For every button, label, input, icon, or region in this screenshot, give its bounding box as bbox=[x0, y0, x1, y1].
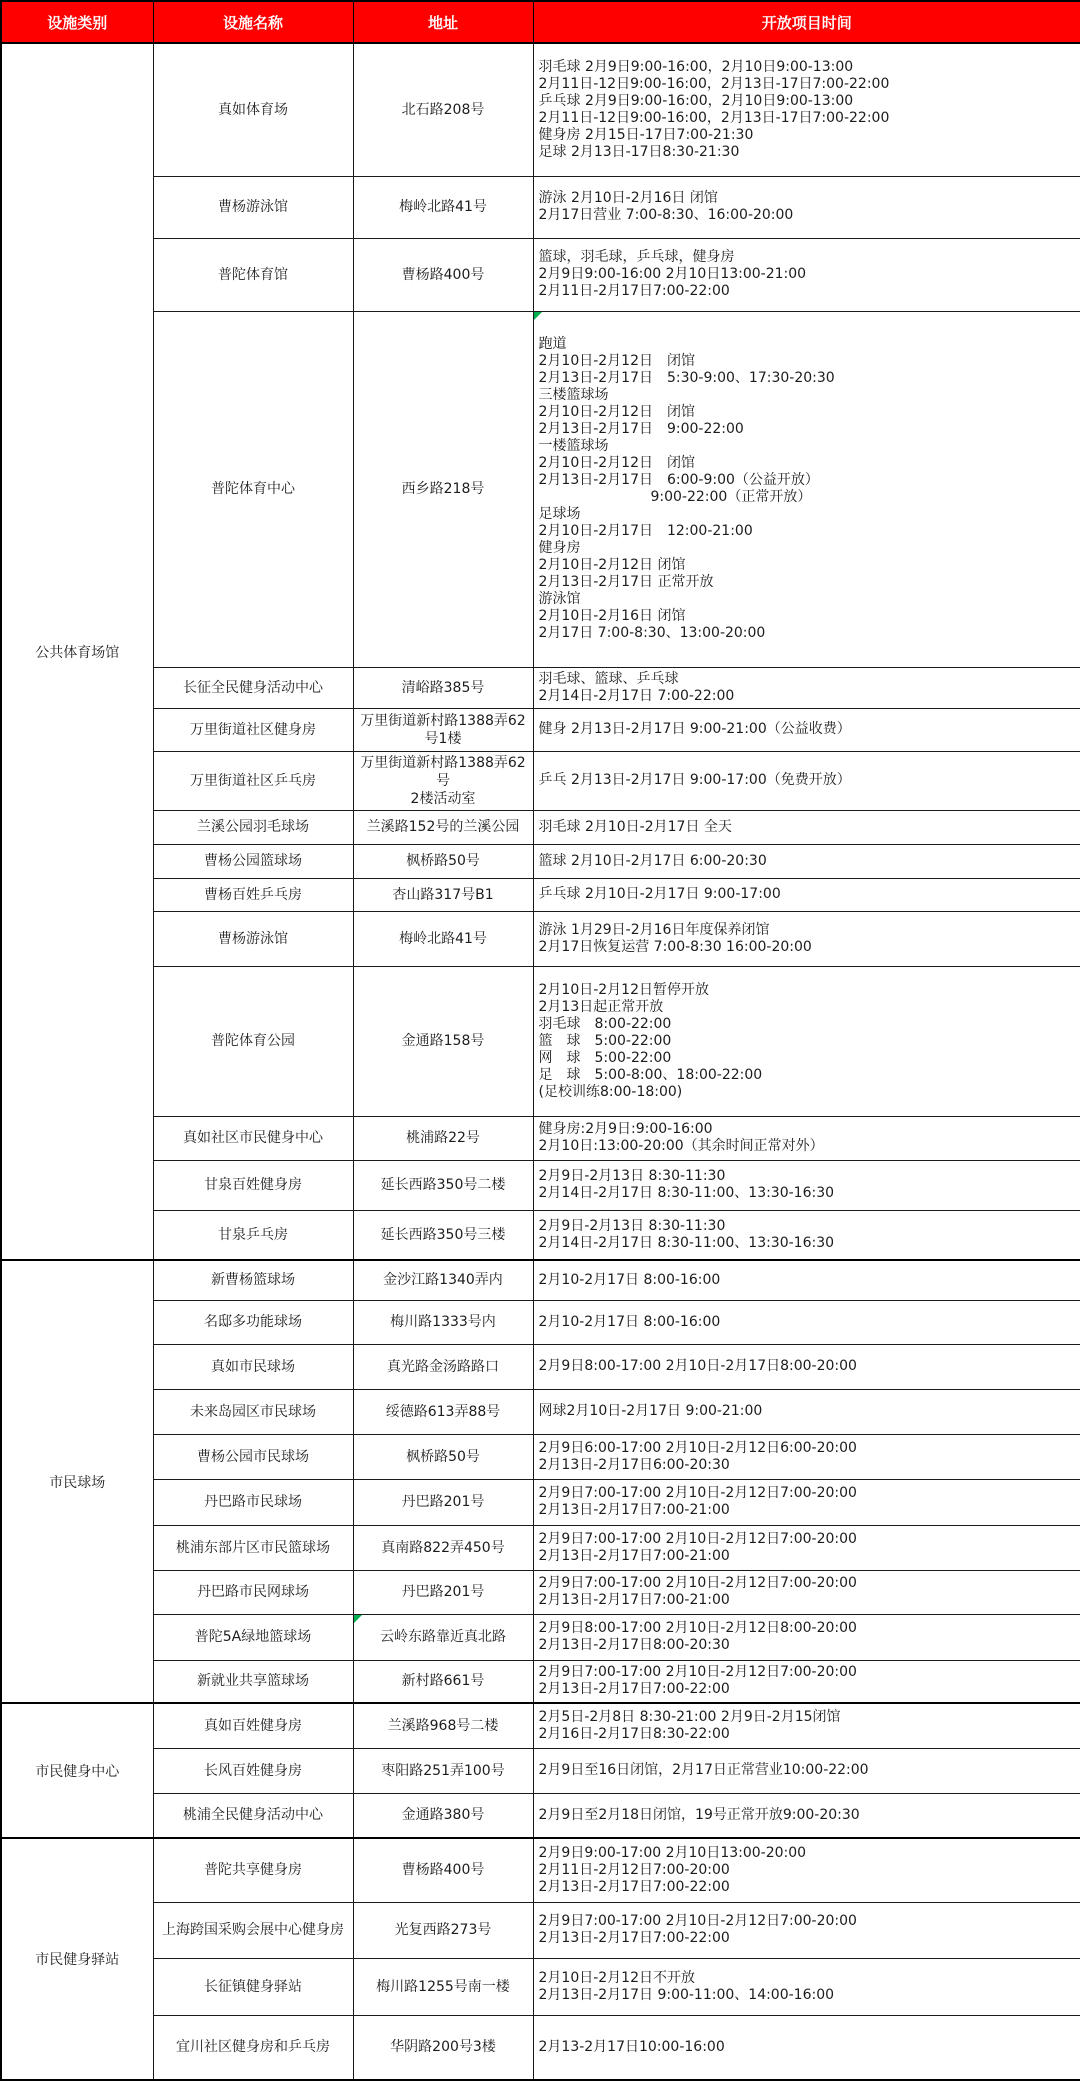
facility-name-cell-text: 长征镇健身驿站 bbox=[157, 1978, 350, 1996]
address-cell-text: 桃浦路22号 bbox=[357, 1129, 530, 1147]
table-row: 甘泉乒乓房延长西路350号三楼2月9日-2月13日 8:30-11:30 2月1… bbox=[1, 1210, 1080, 1260]
address-cell: 金通路380号 bbox=[353, 1793, 533, 1838]
schedule-cell-text: 2月9日-2月13日 8:30-11:30 2月14日-2月17日 8:30-1… bbox=[537, 1167, 1078, 1203]
facility-name-cell: 普陀体育馆 bbox=[153, 238, 353, 311]
schedule-cell-text: 2月9日-2月13日 8:30-11:30 2月14日-2月17日 8:30-1… bbox=[537, 1217, 1078, 1253]
table-row: 普陀5A绿地篮球场云岭东路靠近真北路2月9日8:00-17:00 2月10日-2… bbox=[1, 1614, 1080, 1660]
schedule-cell-text: 2月9日8:00-17:00 2月10日-2月17日8:00-20:00 bbox=[537, 1357, 1078, 1376]
address-cell-text: 梅川路1255号南一楼 bbox=[357, 1978, 530, 1996]
schedule-cell-text: 健身 2月13日-2月17日 9:00-21:00（公益收费） bbox=[537, 720, 1078, 739]
facilities-table-body: 公共体育场馆真如体育场北石路208号羽毛球 2月9日9:00-16:00，2月1… bbox=[1, 43, 1080, 2080]
table-row: 曹杨公园篮球场枫桥路50号篮球 2月10日-2月17日 6:00-20:30 bbox=[1, 844, 1080, 878]
table-row: 曹杨游泳馆梅岭北路41号游泳 2月10日-2月16日 闭馆 2月17日营业 7:… bbox=[1, 176, 1080, 238]
facility-name-cell-text: 曹杨百姓乒乓房 bbox=[157, 886, 350, 904]
table-row: 桃浦东部片区市民篮球场真南路822弄450号2月9日7:00-17:00 2月1… bbox=[1, 1525, 1080, 1570]
facility-name-cell: 丹巴路市民网球场 bbox=[153, 1570, 353, 1614]
address-cell-text: 金通路380号 bbox=[357, 1806, 530, 1824]
schedule-cell-text: 羽毛球、篮球、乒乓球 2月14日-2月17日 7:00-22:00 bbox=[537, 670, 1078, 706]
facility-name-cell: 长征镇健身驿站 bbox=[153, 1958, 353, 2015]
address-cell-text: 延长西路350号三楼 bbox=[357, 1226, 530, 1244]
header-row: 设施类别 设施名称 地址 开放项目时间 bbox=[1, 1, 1080, 43]
facility-name-cell-text: 真如市民球场 bbox=[157, 1358, 350, 1376]
facility-name-cell: 真如市民球场 bbox=[153, 1344, 353, 1389]
table-row: 真如市民球场真光路金汤路路口2月9日8:00-17:00 2月10日-2月17日… bbox=[1, 1344, 1080, 1389]
facility-name-cell-text: 宜川社区健身房和乒乓房 bbox=[157, 2038, 350, 2056]
address-cell: 北石路208号 bbox=[353, 43, 533, 176]
comment-marker-icon bbox=[354, 1615, 362, 1623]
schedule-cell: 2月10日-2月12日不开放 2月13日-2月17日 9:00-11:00、14… bbox=[533, 1958, 1080, 2015]
address-cell-text: 真光路金汤路路口 bbox=[357, 1358, 530, 1376]
schedule-cell: 乒乓 2月13日-2月17日 9:00-17:00（免费开放） bbox=[533, 751, 1080, 810]
address-cell: 兰溪路152号的兰溪公园 bbox=[353, 810, 533, 844]
schedule-cell: 2月9日-2月13日 8:30-11:30 2月14日-2月17日 8:30-1… bbox=[533, 1160, 1080, 1210]
facility-name-cell-text: 普陀体育馆 bbox=[157, 266, 350, 284]
col-header-schedule: 开放项目时间 bbox=[533, 1, 1080, 43]
facility-name-cell: 兰溪公园羽毛球场 bbox=[153, 810, 353, 844]
facility-name-cell-text: 新就业共享篮球场 bbox=[157, 1672, 350, 1690]
table-row: 市民健身中心真如百姓健身房兰溪路968号二楼2月5日-2月8日 8:30-21:… bbox=[1, 1703, 1080, 1748]
address-cell-text: 丹巴路201号 bbox=[357, 1583, 530, 1601]
table-row: 真如社区市民健身中心桃浦路22号健身房:2月9日:9:00-16:00 2月10… bbox=[1, 1116, 1080, 1160]
address-cell: 万里街道新村路1388弄62号 2楼活动室 bbox=[353, 751, 533, 810]
schedule-cell-text: 2月9日7:00-17:00 2月10日-2月12日7:00-20:00 2月1… bbox=[537, 1912, 1078, 1948]
address-cell: 曹杨路400号 bbox=[353, 238, 533, 311]
schedule-cell: 2月9日至2月18日闭馆，19号正常开放9:00-20:30 bbox=[533, 1793, 1080, 1838]
schedule-cell-text: 2月13-2月17日10:00-16:00 bbox=[537, 2038, 1078, 2057]
schedule-cell: 乒乓球 2月10日-2月17日 9:00-17:00 bbox=[533, 878, 1080, 911]
address-cell-text: 延长西路350号二楼 bbox=[357, 1176, 530, 1194]
schedule-cell-text: 2月9日8:00-17:00 2月10日-2月12日8:00-20:00 2月1… bbox=[537, 1619, 1078, 1655]
facility-name-cell: 曹杨百姓乒乓房 bbox=[153, 878, 353, 911]
facility-name-cell: 真如社区市民健身中心 bbox=[153, 1116, 353, 1160]
address-cell-text: 万里街道新村路1388弄62号1楼 bbox=[357, 712, 530, 748]
table-row: 市民健身驿站普陀共享健身房曹杨路400号2月9日9:00-17:00 2月10日… bbox=[1, 1838, 1080, 1902]
table-row: 兰溪公园羽毛球场兰溪路152号的兰溪公园羽毛球 2月10日-2月17日 全天 bbox=[1, 810, 1080, 844]
address-cell: 金沙江路1340弄内 bbox=[353, 1260, 533, 1300]
address-cell-text: 兰溪路152号的兰溪公园 bbox=[357, 818, 530, 836]
address-cell: 桃浦路22号 bbox=[353, 1116, 533, 1160]
facility-name-cell: 长征全民健身活动中心 bbox=[153, 667, 353, 708]
facility-name-cell-text: 曹杨游泳馆 bbox=[157, 198, 350, 216]
facility-name-cell: 宜川社区健身房和乒乓房 bbox=[153, 2015, 353, 2080]
table-row: 普陀体育中心西乡路218号跑道 2月10日-2月12日 闭馆 2月13日-2月1… bbox=[1, 311, 1080, 667]
col-header-category: 设施类别 bbox=[1, 1, 153, 43]
address-cell-text: 西乡路218号 bbox=[357, 480, 530, 498]
address-cell-text: 北石路208号 bbox=[357, 101, 530, 119]
table-row: 名邸多功能球场梅川路1333号内2月10-2月17日 8:00-16:00 bbox=[1, 1300, 1080, 1344]
schedule-cell: 2月9日7:00-17:00 2月10日-2月12日7:00-20:00 2月1… bbox=[533, 1525, 1080, 1570]
facility-name-cell-text: 长风百姓健身房 bbox=[157, 1762, 350, 1780]
address-cell: 延长西路350号二楼 bbox=[353, 1160, 533, 1210]
schedule-cell: 2月13-2月17日10:00-16:00 bbox=[533, 2015, 1080, 2080]
address-cell: 金通路158号 bbox=[353, 966, 533, 1116]
facility-name-cell-text: 真如体育场 bbox=[157, 101, 350, 119]
facility-name-cell-text: 普陀体育公园 bbox=[157, 1032, 350, 1050]
table-row: 普陀体育馆曹杨路400号篮球，羽毛球，乒乓球，健身房 2月9日9:00-16:0… bbox=[1, 238, 1080, 311]
schedule-cell-text: 2月9日7:00-17:00 2月10日-2月12日7:00-20:00 2月1… bbox=[537, 1574, 1078, 1610]
schedule-cell-text: 2月10日-2月12日暂停开放 2月13日起正常开放 羽毛球 8:00-22:0… bbox=[537, 981, 1078, 1102]
address-cell-text: 金通路158号 bbox=[357, 1032, 530, 1050]
address-cell-text: 枫桥路50号 bbox=[357, 1448, 530, 1466]
facility-name-cell-text: 桃浦全民健身活动中心 bbox=[157, 1806, 350, 1824]
schedule-cell: 羽毛球 2月9日9:00-16:00，2月10日9:00-13:00 2月11日… bbox=[533, 43, 1080, 176]
facility-name-cell: 万里街道社区乒乓房 bbox=[153, 751, 353, 810]
table-row: 普陀体育公园金通路158号2月10日-2月12日暂停开放 2月13日起正常开放 … bbox=[1, 966, 1080, 1116]
address-cell-text: 云岭东路靠近真北路 bbox=[357, 1628, 530, 1646]
address-cell: 云岭东路靠近真北路 bbox=[353, 1614, 533, 1660]
table-row: 曹杨公园市民球场枫桥路50号2月9日6:00-17:00 2月10日-2月12日… bbox=[1, 1434, 1080, 1479]
table-row: 新就业共享篮球场新村路661号2月9日7:00-17:00 2月10日-2月12… bbox=[1, 1660, 1080, 1703]
category-cell: 公共体育场馆 bbox=[1, 43, 153, 1260]
schedule-cell: 2月9日7:00-17:00 2月10日-2月12日7:00-20:00 2月1… bbox=[533, 1660, 1080, 1703]
facility-name-cell-text: 甘泉百姓健身房 bbox=[157, 1176, 350, 1194]
address-cell: 枣阳路251弄100号 bbox=[353, 1748, 533, 1793]
facility-name-cell: 曹杨公园篮球场 bbox=[153, 844, 353, 878]
facility-name-cell-text: 曹杨游泳馆 bbox=[157, 930, 350, 948]
facility-name-cell-text: 兰溪公园羽毛球场 bbox=[157, 818, 350, 836]
schedule-cell-text: 健身房:2月9日:9:00-16:00 2月10日:13:00-20:00（其余… bbox=[537, 1120, 1078, 1156]
schedule-cell: 2月9日7:00-17:00 2月10日-2月12日7:00-20:00 2月1… bbox=[533, 1570, 1080, 1614]
facility-name-cell: 曹杨游泳馆 bbox=[153, 176, 353, 238]
facility-name-cell: 新就业共享篮球场 bbox=[153, 1660, 353, 1703]
facility-name-cell: 桃浦东部片区市民篮球场 bbox=[153, 1525, 353, 1570]
schedule-cell: 网球2月10日-2月17日 9:00-21:00 bbox=[533, 1389, 1080, 1434]
facility-name-cell-text: 未来岛园区市民球场 bbox=[157, 1403, 350, 1421]
facility-name-cell: 上海跨国采购会展中心健身房 bbox=[153, 1902, 353, 1958]
address-cell: 延长西路350号三楼 bbox=[353, 1210, 533, 1260]
schedule-cell-text: 羽毛球 2月9日9:00-16:00，2月10日9:00-13:00 2月11日… bbox=[537, 58, 1078, 162]
address-cell: 光复西路273号 bbox=[353, 1902, 533, 1958]
schedule-cell: 2月9日-2月13日 8:30-11:30 2月14日-2月17日 8:30-1… bbox=[533, 1210, 1080, 1260]
address-cell-text: 梅岭北路41号 bbox=[357, 198, 530, 216]
schedule-cell-text: 网球2月10日-2月17日 9:00-21:00 bbox=[537, 1402, 1078, 1421]
schedule-cell-text: 2月5日-2月8日 8:30-21:00 2月9日-2月15闭馆 2月16日-2… bbox=[537, 1708, 1078, 1744]
schedule-cell: 2月9日至16日闭馆，2月17日正常营业10:00-22:00 bbox=[533, 1748, 1080, 1793]
address-cell: 华阴路200号3楼 bbox=[353, 2015, 533, 2080]
address-cell: 梅川路1255号南一楼 bbox=[353, 1958, 533, 2015]
schedule-cell: 2月9日8:00-17:00 2月10日-2月17日8:00-20:00 bbox=[533, 1344, 1080, 1389]
schedule-cell-text: 游泳 1月29日-2月16日年度保养闭馆 2月17日恢复运营 7:00-8:30… bbox=[537, 921, 1078, 957]
address-cell-text: 万里街道新村路1388弄62号 2楼活动室 bbox=[357, 754, 530, 808]
address-cell: 梅岭北路41号 bbox=[353, 176, 533, 238]
address-cell: 西乡路218号 bbox=[353, 311, 533, 667]
table-row: 丹巴路市民网球场丹巴路201号2月9日7:00-17:00 2月10日-2月12… bbox=[1, 1570, 1080, 1614]
table-row: 万里街道社区乒乓房万里街道新村路1388弄62号 2楼活动室乒乓 2月13日-2… bbox=[1, 751, 1080, 810]
facility-name-cell-text: 曹杨公园篮球场 bbox=[157, 852, 350, 870]
facility-name-cell-text: 桃浦东部片区市民篮球场 bbox=[157, 1539, 350, 1557]
table-row: 桃浦全民健身活动中心金通路380号2月9日至2月18日闭馆，19号正常开放9:0… bbox=[1, 1793, 1080, 1838]
table-row: 万里街道社区健身房万里街道新村路1388弄62号1楼健身 2月13日-2月17日… bbox=[1, 708, 1080, 751]
table-row: 未来岛园区市民球场绥德路613弄88号网球2月10日-2月17日 9:00-21… bbox=[1, 1389, 1080, 1434]
facility-name-cell-text: 万里街道社区健身房 bbox=[157, 721, 350, 739]
address-cell: 曹杨路400号 bbox=[353, 1838, 533, 1902]
address-cell-text: 光复西路273号 bbox=[357, 1921, 530, 1939]
schedule-cell-text: 羽毛球 2月10日-2月17日 全天 bbox=[537, 818, 1078, 837]
schedule-cell-text: 2月9日7:00-17:00 2月10日-2月12日7:00-20:00 2月1… bbox=[537, 1663, 1078, 1699]
schedule-cell-text: 2月9日7:00-17:00 2月10日-2月12日7:00-20:00 2月1… bbox=[537, 1484, 1078, 1520]
address-cell: 真南路822弄450号 bbox=[353, 1525, 533, 1570]
col-header-name: 设施名称 bbox=[153, 1, 353, 43]
schedule-cell: 篮球，羽毛球，乒乓球，健身房 2月9日9:00-16:00 2月10日13:00… bbox=[533, 238, 1080, 311]
col-header-address: 地址 bbox=[353, 1, 533, 43]
table-row: 市民球场新曹杨篮球场金沙江路1340弄内2月10-2月17日 8:00-16:0… bbox=[1, 1260, 1080, 1300]
schedule-cell: 2月9日6:00-17:00 2月10日-2月12日6:00-20:00 2月1… bbox=[533, 1434, 1080, 1479]
schedule-cell-text: 乒乓 2月13日-2月17日 9:00-17:00（免费开放） bbox=[537, 771, 1078, 790]
address-cell: 真光路金汤路路口 bbox=[353, 1344, 533, 1389]
schedule-cell: 羽毛球 2月10日-2月17日 全天 bbox=[533, 810, 1080, 844]
facility-name-cell-text: 丹巴路市民网球场 bbox=[157, 1583, 350, 1601]
schedule-cell-text: 跑道 2月10日-2月12日 闭馆 2月13日-2月17日 5:30-9:00、… bbox=[537, 335, 1078, 643]
facility-name-cell-text: 普陀共享健身房 bbox=[157, 1861, 350, 1879]
facility-name-cell-text: 曹杨公园市民球场 bbox=[157, 1448, 350, 1466]
address-cell-text: 丹巴路201号 bbox=[357, 1493, 530, 1511]
schedule-cell: 羽毛球、篮球、乒乓球 2月14日-2月17日 7:00-22:00 bbox=[533, 667, 1080, 708]
facility-name-cell: 甘泉百姓健身房 bbox=[153, 1160, 353, 1210]
table-row: 宜川社区健身房和乒乓房华阴路200号3楼2月13-2月17日10:00-16:0… bbox=[1, 2015, 1080, 2080]
schedule-cell: 2月9日8:00-17:00 2月10日-2月12日8:00-20:00 2月1… bbox=[533, 1614, 1080, 1660]
address-cell-text: 清峪路385号 bbox=[357, 679, 530, 697]
address-cell-text: 梅川路1333号内 bbox=[357, 1313, 530, 1331]
facility-name-cell: 普陀共享健身房 bbox=[153, 1838, 353, 1902]
schedule-cell: 健身 2月13日-2月17日 9:00-21:00（公益收费） bbox=[533, 708, 1080, 751]
table-row: 丹巴路市民球场丹巴路201号2月9日7:00-17:00 2月10日-2月12日… bbox=[1, 1479, 1080, 1525]
address-cell: 枫桥路50号 bbox=[353, 1434, 533, 1479]
address-cell-text: 曹杨路400号 bbox=[357, 266, 530, 284]
facility-name-cell: 普陀体育公园 bbox=[153, 966, 353, 1116]
facility-name-cell: 丹巴路市民球场 bbox=[153, 1479, 353, 1525]
schedule-cell-text: 2月9日9:00-17:00 2月10日13:00-20:00 2月11日-2月… bbox=[537, 1844, 1078, 1897]
schedule-cell-text: 游泳 2月10日-2月16日 闭馆 2月17日营业 7:00-8:30、16:0… bbox=[537, 189, 1078, 225]
schedule-cell-text: 2月9日6:00-17:00 2月10日-2月12日6:00-20:00 2月1… bbox=[537, 1439, 1078, 1475]
category-cell: 市民球场 bbox=[1, 1260, 153, 1703]
schedule-cell: 游泳 1月29日-2月16日年度保养闭馆 2月17日恢复运营 7:00-8:30… bbox=[533, 911, 1080, 966]
schedule-cell: 2月9日7:00-17:00 2月10日-2月12日7:00-20:00 2月1… bbox=[533, 1902, 1080, 1958]
facility-name-cell: 真如体育场 bbox=[153, 43, 353, 176]
address-cell: 枫桥路50号 bbox=[353, 844, 533, 878]
schedule-cell-text: 2月9日至2月18日闭馆，19号正常开放9:00-20:30 bbox=[537, 1806, 1078, 1825]
schedule-cell-text: 2月10-2月17日 8:00-16:00 bbox=[537, 1271, 1078, 1290]
comment-marker-icon bbox=[534, 312, 542, 320]
schedule-cell: 2月5日-2月8日 8:30-21:00 2月9日-2月15闭馆 2月16日-2… bbox=[533, 1703, 1080, 1748]
facility-name-cell: 真如百姓健身房 bbox=[153, 1703, 353, 1748]
table-row: 长征镇健身驿站梅川路1255号南一楼2月10日-2月12日不开放 2月13日-2… bbox=[1, 1958, 1080, 2015]
facility-name-cell-text: 新曹杨篮球场 bbox=[157, 1271, 350, 1289]
table-row: 长征全民健身活动中心清峪路385号羽毛球、篮球、乒乓球 2月14日-2月17日 … bbox=[1, 667, 1080, 708]
facilities-table: 设施类别 设施名称 地址 开放项目时间 公共体育场馆真如体育场北石路208号羽毛… bbox=[0, 0, 1080, 2081]
schedule-cell: 2月10-2月17日 8:00-16:00 bbox=[533, 1260, 1080, 1300]
facility-name-cell: 桃浦全民健身活动中心 bbox=[153, 1793, 353, 1838]
facility-name-cell: 新曹杨篮球场 bbox=[153, 1260, 353, 1300]
address-cell-text: 枫桥路50号 bbox=[357, 852, 530, 870]
address-cell: 梅岭北路41号 bbox=[353, 911, 533, 966]
facility-name-cell: 甘泉乒乓房 bbox=[153, 1210, 353, 1260]
facility-name-cell-text: 甘泉乒乓房 bbox=[157, 1226, 350, 1244]
address-cell-text: 杏山路317号B1 bbox=[357, 886, 530, 904]
facility-name-cell: 万里街道社区健身房 bbox=[153, 708, 353, 751]
facility-name-cell-text: 万里街道社区乒乓房 bbox=[157, 772, 350, 790]
schedule-cell-text: 2月10日-2月12日不开放 2月13日-2月17日 9:00-11:00、14… bbox=[537, 1969, 1078, 2005]
table-row: 曹杨百姓乒乓房杏山路317号B1乒乓球 2月10日-2月17日 9:00-17:… bbox=[1, 878, 1080, 911]
facility-name-cell-text: 上海跨国采购会展中心健身房 bbox=[157, 1921, 350, 1939]
address-cell: 万里街道新村路1388弄62号1楼 bbox=[353, 708, 533, 751]
category-cell: 市民健身中心 bbox=[1, 1703, 153, 1838]
table-row: 甘泉百姓健身房延长西路350号二楼2月9日-2月13日 8:30-11:30 2… bbox=[1, 1160, 1080, 1210]
table-row: 上海跨国采购会展中心健身房光复西路273号2月9日7:00-17:00 2月10… bbox=[1, 1902, 1080, 1958]
address-cell-text: 兰溪路968号二楼 bbox=[357, 1717, 530, 1735]
address-cell-text: 华阴路200号3楼 bbox=[357, 2038, 530, 2056]
facility-name-cell: 普陀体育中心 bbox=[153, 311, 353, 667]
facility-name-cell: 曹杨游泳馆 bbox=[153, 911, 353, 966]
schedule-cell: 2月9日9:00-17:00 2月10日13:00-20:00 2月11日-2月… bbox=[533, 1838, 1080, 1902]
schedule-cell-text: 篮球 2月10日-2月17日 6:00-20:30 bbox=[537, 852, 1078, 871]
facility-name-cell: 未来岛园区市民球场 bbox=[153, 1389, 353, 1434]
facility-name-cell-text: 名邸多功能球场 bbox=[157, 1313, 350, 1331]
address-cell: 杏山路317号B1 bbox=[353, 878, 533, 911]
schedule-cell: 游泳 2月10日-2月16日 闭馆 2月17日营业 7:00-8:30、16:0… bbox=[533, 176, 1080, 238]
schedule-cell: 篮球 2月10日-2月17日 6:00-20:30 bbox=[533, 844, 1080, 878]
address-cell-text: 梅岭北路41号 bbox=[357, 930, 530, 948]
schedule-cell: 跑道 2月10日-2月12日 闭馆 2月13日-2月17日 5:30-9:00、… bbox=[533, 311, 1080, 667]
address-cell: 丹巴路201号 bbox=[353, 1479, 533, 1525]
address-cell-text: 真南路822弄450号 bbox=[357, 1539, 530, 1557]
address-cell-text: 曹杨路400号 bbox=[357, 1861, 530, 1879]
table-row: 长风百姓健身房枣阳路251弄100号2月9日至16日闭馆，2月17日正常营业10… bbox=[1, 1748, 1080, 1793]
facility-name-cell: 普陀5A绿地篮球场 bbox=[153, 1614, 353, 1660]
schedule-cell-text: 乒乓球 2月10日-2月17日 9:00-17:00 bbox=[537, 885, 1078, 904]
category-cell: 市民健身驿站 bbox=[1, 1838, 153, 2080]
table-row: 曹杨游泳馆梅岭北路41号游泳 1月29日-2月16日年度保养闭馆 2月17日恢复… bbox=[1, 911, 1080, 966]
schedule-cell-text: 2月9日7:00-17:00 2月10日-2月12日7:00-20:00 2月1… bbox=[537, 1530, 1078, 1566]
address-cell-text: 绥德路613弄88号 bbox=[357, 1403, 530, 1421]
address-cell: 清峪路385号 bbox=[353, 667, 533, 708]
facilities-table-header: 设施类别 设施名称 地址 开放项目时间 bbox=[1, 1, 1080, 43]
facility-name-cell-text: 真如百姓健身房 bbox=[157, 1717, 350, 1735]
schedule-cell-text: 篮球，羽毛球，乒乓球，健身房 2月9日9:00-16:00 2月10日13:00… bbox=[537, 248, 1078, 301]
facility-name-cell-text: 普陀5A绿地篮球场 bbox=[157, 1628, 350, 1646]
facility-name-cell-text: 真如社区市民健身中心 bbox=[157, 1129, 350, 1147]
schedule-cell-text: 2月10-2月17日 8:00-16:00 bbox=[537, 1313, 1078, 1332]
address-cell: 新村路661号 bbox=[353, 1660, 533, 1703]
address-cell: 梅川路1333号内 bbox=[353, 1300, 533, 1344]
facility-name-cell-text: 普陀体育中心 bbox=[157, 480, 350, 498]
facility-name-cell-text: 长征全民健身活动中心 bbox=[157, 679, 350, 697]
address-cell: 绥德路613弄88号 bbox=[353, 1389, 533, 1434]
table-row: 公共体育场馆真如体育场北石路208号羽毛球 2月9日9:00-16:00，2月1… bbox=[1, 43, 1080, 176]
schedule-cell: 2月10日-2月12日暂停开放 2月13日起正常开放 羽毛球 8:00-22:0… bbox=[533, 966, 1080, 1116]
address-cell: 兰溪路968号二楼 bbox=[353, 1703, 533, 1748]
address-cell-text: 枣阳路251弄100号 bbox=[357, 1762, 530, 1780]
schedule-cell-text: 2月9日至16日闭馆，2月17日正常营业10:00-22:00 bbox=[537, 1761, 1078, 1780]
schedule-cell: 2月10-2月17日 8:00-16:00 bbox=[533, 1300, 1080, 1344]
facility-name-cell-text: 丹巴路市民球场 bbox=[157, 1493, 350, 1511]
facility-name-cell: 长风百姓健身房 bbox=[153, 1748, 353, 1793]
address-cell: 丹巴路201号 bbox=[353, 1570, 533, 1614]
address-cell-text: 新村路661号 bbox=[357, 1672, 530, 1690]
facility-name-cell: 名邸多功能球场 bbox=[153, 1300, 353, 1344]
schedule-cell: 健身房:2月9日:9:00-16:00 2月10日:13:00-20:00（其余… bbox=[533, 1116, 1080, 1160]
address-cell-text: 金沙江路1340弄内 bbox=[357, 1271, 530, 1289]
facility-name-cell: 曹杨公园市民球场 bbox=[153, 1434, 353, 1479]
schedule-cell: 2月9日7:00-17:00 2月10日-2月12日7:00-20:00 2月1… bbox=[533, 1479, 1080, 1525]
